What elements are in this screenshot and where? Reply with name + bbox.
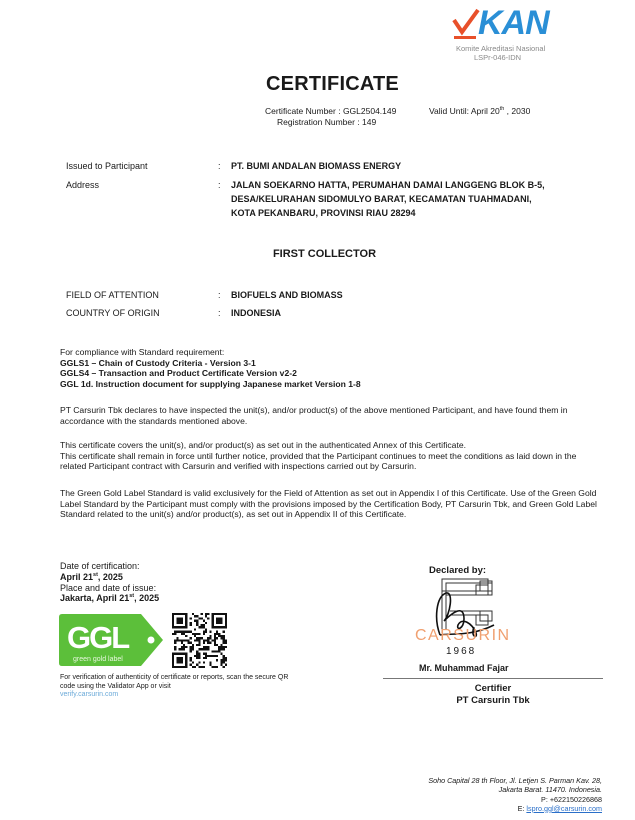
separator: :	[218, 180, 221, 190]
standard-item: GGLS4 – Transaction and Product Certific…	[60, 368, 605, 379]
certifier-organization: PT Carsurin Tbk	[383, 695, 603, 707]
field-of-attention-value: BIOFUELS AND BIOMASS	[231, 288, 343, 302]
compliance-intro: For compliance with Standard requirement…	[60, 347, 605, 358]
stamp-year: 1968	[446, 646, 476, 657]
page-title: CERTIFICATE	[0, 73, 635, 96]
certifier-role: Certifier	[383, 683, 603, 695]
coverage-paragraph: This certificate covers the unit(s), and…	[60, 440, 605, 472]
standard-item: GGL 1d. Instruction document for supplyi…	[60, 379, 605, 390]
participant-category: FIRST COLLECTOR	[0, 248, 635, 260]
certification-date-value: April 21st, 2025	[60, 572, 159, 583]
participant-name: PT. BUMI ANDALAN BIOMASS ENERGY	[231, 159, 401, 173]
valid-until: Valid Until: April 20th , 2030	[429, 106, 530, 116]
footer-email-link[interactable]: lspro.ggl@carsurin.com	[526, 804, 602, 813]
signature-block: Declared by: CARSURIN 1968	[410, 563, 530, 673]
separator: :	[218, 308, 221, 318]
issued-to-label: Issued to Participant	[66, 161, 148, 171]
footer-address-line: Soho Capital 28 th Floor, Jl. Letjen S. …	[428, 776, 602, 785]
standard-item: GGLS1 – Chain of Custody Criteria - Vers…	[60, 358, 605, 369]
certificate-number: Certificate Number : GGL2504.149	[265, 106, 396, 116]
footer-address-line: Jakarta Barat. 11470. Indonesia.	[428, 785, 602, 794]
registration-number: Registration Number : 149	[277, 117, 376, 127]
certification-date-label: Date of certification:	[60, 561, 159, 572]
compliance-section: For compliance with Standard requirement…	[60, 347, 605, 389]
kan-logo-subtitle: Komite Akreditasi Nasional	[456, 44, 545, 53]
kan-logo-code: LSPr-046-IDN	[474, 53, 521, 62]
certification-dates: Date of certification: April 21st, 2025 …	[60, 561, 159, 604]
field-of-attention-label: FIELD OF ATTENTION	[66, 290, 159, 300]
participant-address: JALAN SOEKARNO HATTA, PERUMAHAN DAMAI LA…	[231, 178, 545, 220]
certifier-info: Certifier PT Carsurin Tbk	[383, 683, 603, 707]
footer-contact: Soho Capital 28 th Floor, Jl. Letjen S. …	[428, 776, 602, 813]
footer-phone: P: +622150226868	[428, 795, 602, 804]
signer-name: Mr. Muhammad Fajar	[419, 663, 509, 673]
verification-note: For verification of authenticity of cert…	[60, 674, 290, 700]
country-of-origin-label: COUNTRY OF ORIGIN	[66, 308, 160, 318]
country-of-origin-value: INDONESIA	[231, 306, 281, 320]
validity-paragraph: The Green Gold Label Standard is valid e…	[60, 488, 605, 520]
qr-code-icon[interactable]	[172, 613, 227, 668]
signature-divider	[383, 678, 603, 679]
kan-accreditation-logo: KAN Komite Akreditasi Nasional LSPr-046-…	[452, 8, 567, 66]
address-label: Address	[66, 180, 99, 190]
svg-text:green gold label: green gold label	[73, 656, 123, 663]
ggl-label-icon: GGL green gold label	[59, 614, 163, 666]
issue-date-value: Jakarta, April 21st, 2025	[60, 593, 159, 604]
verify-link[interactable]: verify.carsurin.com	[60, 691, 118, 698]
footer-email-row: E: lspro.ggl@carsurin.com	[428, 804, 602, 813]
svg-text:GGL: GGL	[67, 620, 129, 655]
carsurin-stamp-text: CARSURIN	[415, 627, 511, 645]
separator: :	[218, 161, 221, 171]
declaration-paragraph: PT Carsurin Tbk declares to have inspect…	[60, 405, 605, 426]
separator: :	[218, 290, 221, 300]
issue-date-label: Place and date of issue:	[60, 583, 159, 594]
kan-logo-text: KAN	[478, 4, 549, 43]
